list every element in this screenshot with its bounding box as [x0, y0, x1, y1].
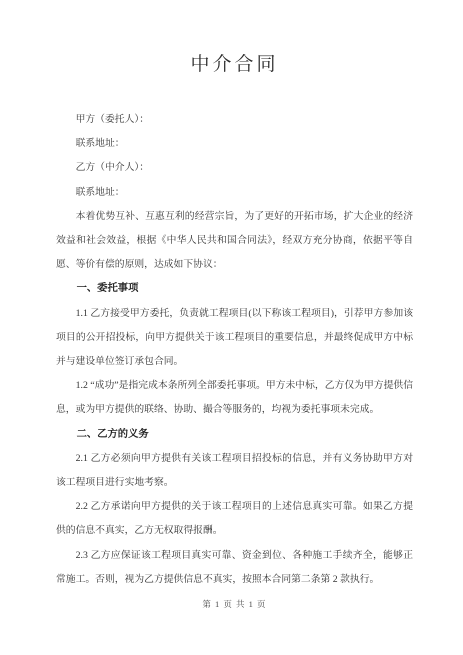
- document-title: 中介合同: [56, 52, 413, 78]
- party-b-address-label: 联系地址：: [56, 181, 413, 205]
- section-2-heading: 二、乙方的义务: [56, 423, 413, 447]
- party-a-address-label: 联系地址：: [56, 132, 413, 156]
- contract-document-page: 中介合同 甲方（委托人）： 联系地址： 乙方（中介人）： 联系地址： 本着优势互…: [0, 0, 463, 655]
- page-number-footer: 第 1 页 共 1 页: [56, 593, 413, 615]
- party-a-label: 甲方（委托人）：: [56, 108, 413, 132]
- section-1-heading: 一、委托事项: [56, 277, 413, 301]
- clause-2-1: 2.1 乙方必须向甲方提供有关该工程项目招投标的信息，并有义务协助甲方对该工程项…: [56, 447, 413, 495]
- clause-2-3: 2.3 乙方应保证该工程项目真实可靠、资金到位、各种施工手续齐全，能够正常施工。…: [56, 544, 413, 592]
- clause-1-1: 1.1 乙方接受甲方委托，负责就工程项目(以下称该工程项目)，引荐甲方参加该项目…: [56, 302, 413, 375]
- party-b-label: 乙方（中介人）：: [56, 156, 413, 180]
- clause-1-2: 1.2 “成功”是指完成本条所列全部委托事项。甲方未中标，乙方仅为甲方提供信息，…: [56, 374, 413, 422]
- clause-2-2: 2.2 乙方承诺向甲方提供的关于该工程项目的上述信息真实可靠。如果乙方提供的信息…: [56, 495, 413, 543]
- intro-paragraph: 本着优势互补、互惠互利的经营宗旨，为了更好的开拓市场，扩大企业的经济效益和社会效…: [56, 205, 413, 278]
